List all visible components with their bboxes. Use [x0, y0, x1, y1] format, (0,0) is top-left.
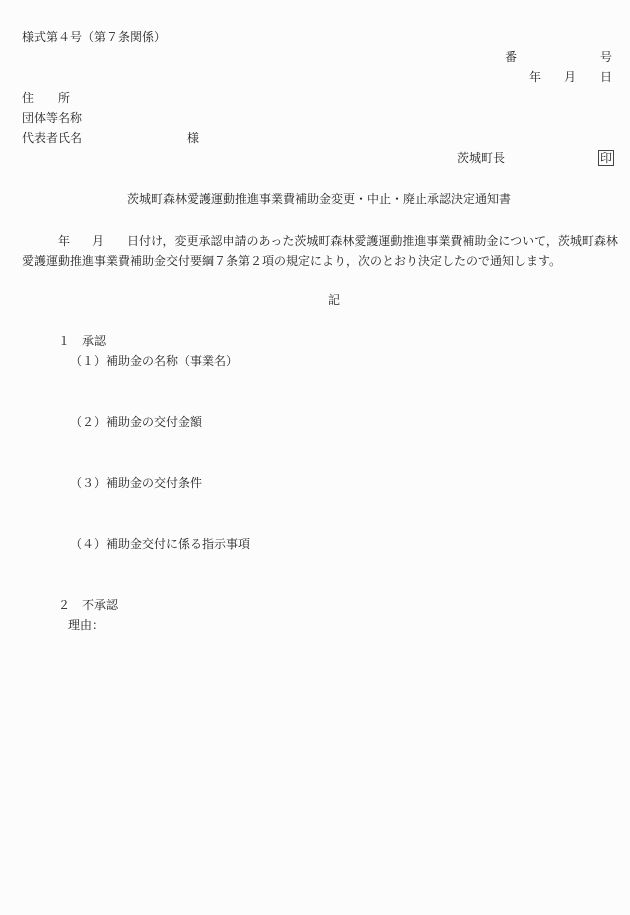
section-rejection-heading: ２ 不承認 — [58, 599, 118, 611]
honorific: 様 — [187, 132, 199, 144]
document-number-suffix: 号 — [600, 51, 612, 63]
representative-label: 代表者氏名 — [22, 132, 82, 144]
approval-item-2: （２）補助金の交付金額 — [70, 416, 202, 428]
form-label: 様式第４号（第７条関係） — [22, 31, 166, 43]
body-line-1: 日付け，変更承認申請のあった茨城町森林愛護運動推進事業費補助金について，茨城町森… — [127, 235, 618, 247]
rejection-reason-label: 理由： — [68, 619, 104, 631]
section-approval-heading: １ 承認 — [58, 335, 106, 347]
approval-item-4: （４）補助金交付に係る指示事項 — [70, 538, 250, 550]
body-year: 年 — [58, 235, 70, 247]
issuer-name: 茨城町長 — [457, 152, 505, 164]
body-month: 月 — [92, 235, 104, 247]
approval-item-1: （１）補助金の名称（事業名） — [70, 355, 238, 367]
body-line-2: 愛護運動推進事業費補助金交付要綱７条第２項の規定により，次のとおり決定したので通… — [22, 255, 561, 267]
date-month: 月 — [564, 71, 576, 83]
seal-icon: 印 — [598, 150, 614, 166]
document-title: 茨城町森林愛護運動推進事業費補助金変更・中止・廃止承認決定通知書 — [127, 193, 511, 205]
seal-mark: 印 — [598, 150, 614, 166]
ki-heading: 記 — [328, 294, 340, 306]
address-label: 住 所 — [22, 92, 70, 104]
approval-item-3: （３）補助金の交付条件 — [70, 477, 202, 489]
document-number-prefix: 番 — [505, 51, 517, 63]
date-day: 日 — [600, 71, 612, 83]
date-year: 年 — [529, 71, 541, 83]
organization-label: 団体等名称 — [22, 112, 82, 124]
